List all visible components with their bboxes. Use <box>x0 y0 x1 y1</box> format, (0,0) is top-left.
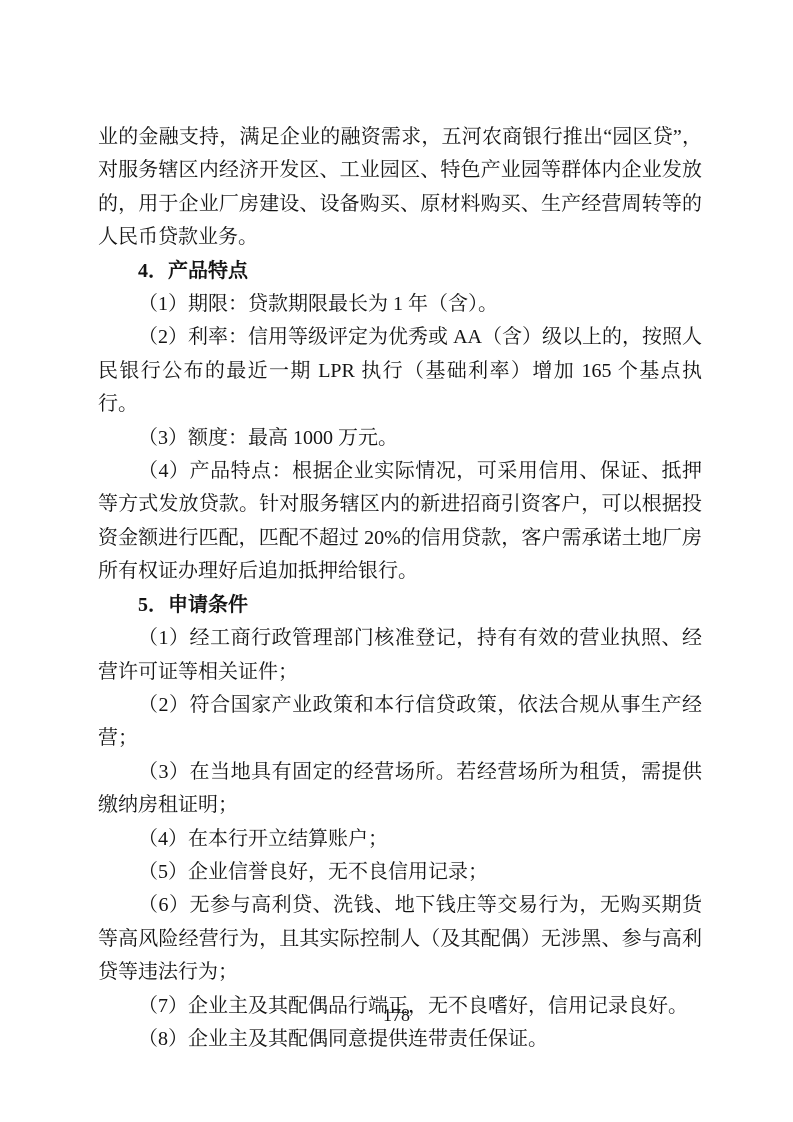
paragraph: （2）利率：信用等级评定为优秀或 AA（含）级以上的，按照人民银行公布的最近一期… <box>98 321 702 421</box>
page-number: 178 <box>383 1005 410 1025</box>
paragraph: （1）期限：贷款期限最长为 1 年（含）。 <box>98 288 702 321</box>
paragraph: （8）企业主及其配偶同意提供连带责任保证。 <box>98 1023 702 1056</box>
paragraph: （1）经工商行政管理部门核准登记，持有有效的营业执照、经营许可证等相关证件； <box>98 622 702 689</box>
paragraph: （3）在当地具有固定的经营场所。若经营场所为租赁，需提供缴纳房租证明； <box>98 756 702 823</box>
paragraph: （5）企业信誉良好，无不良信用记录； <box>98 856 702 889</box>
paragraph: （3）额度：最高 1000 万元。 <box>98 422 702 455</box>
document-page: 业的金融支持，满足企业的融资需求，五河农商银行推出“园区贷”，对服务辖区内经济开… <box>0 0 793 1122</box>
paragraph: （2）符合国家产业政策和本行信贷政策，依法合规从事生产经营； <box>98 689 702 756</box>
paragraph: 业的金融支持，满足企业的融资需求，五河农商银行推出“园区贷”，对服务辖区内经济开… <box>98 121 702 255</box>
paragraph: （4）产品特点：根据企业实际情况，可采用信用、保证、抵押等方式发放贷款。针对服务… <box>98 455 702 589</box>
section-heading: 5．申请条件 <box>98 589 702 622</box>
paragraph: （6）无参与高利贷、洗钱、地下钱庄等交易行为，无购买期货等高风险经营行为，且其实… <box>98 889 702 989</box>
section-heading: 4．产品特点 <box>98 255 702 288</box>
document-body: 业的金融支持，满足企业的融资需求，五河农商银行推出“园区贷”，对服务辖区内经济开… <box>98 121 702 1056</box>
paragraph: （4）在本行开立结算账户； <box>98 823 702 856</box>
page-footer: 178 <box>0 1005 793 1025</box>
